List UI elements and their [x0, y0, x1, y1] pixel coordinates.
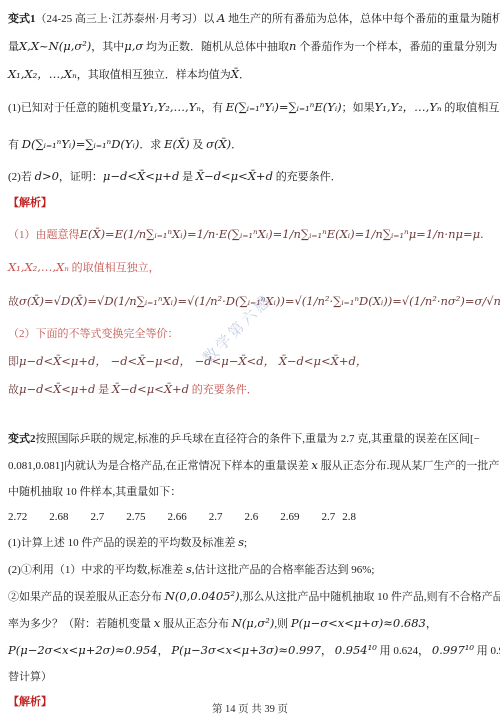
variant1-solution-sigma-formula: 故σ(X̄)=√D(X̄)=√D(1/n∑ᵢ₌₁ⁿXᵢ)=√(1/n²·D(∑ᵢ… — [8, 282, 492, 321]
text-segment: 用 0.9704 分别代 — [474, 645, 500, 657]
variant2-question-3-line-3: P(μ−2σ<x<μ+2σ)≈0.954， P(μ−3σ<x<μ+3σ)≈0.9… — [8, 637, 492, 664]
weight-value: 2.7 — [91, 511, 105, 523]
text-segment: （24-25 高三上·江苏泰州·月考习）以 — [36, 13, 218, 25]
text-segment: (1)已知对于任意的随机变量 — [8, 102, 142, 114]
red-note-segment: 的取值相互独立， — [69, 262, 160, 274]
text-segment: 中随机抽取 10 件样本,其重量如下： — [8, 486, 181, 498]
red-note-segment: （1）由题意得 — [8, 229, 80, 241]
text-segment: ；如果 — [342, 102, 375, 114]
text-segment: 及 — [190, 139, 207, 151]
solution-text-segment: 即 — [8, 356, 19, 368]
math-segment: 0.954¹⁰ — [335, 643, 377, 657]
text-segment: 0.081,0.081]内就认为是合格产品,在正常情况下样本的重量误差 — [8, 460, 311, 472]
document-page: 变式1（24-25 高三上·江苏泰州·月考习）以 A 地生产的所有番茄为总体，总… — [0, 0, 500, 723]
math-segment: Y₁,Y₂，…,Yₙ — [375, 100, 442, 114]
math-segment: N(μ,σ²) — [232, 616, 275, 630]
math-segment: X̄ — [231, 67, 239, 81]
math-segment: μ,σ — [124, 39, 143, 53]
text-segment: ,那么从这批产品中随机抽取 10 件产品,则有不合格产品的概 — [240, 591, 500, 603]
text-segment: 率为多少？（附：若随机变量 — [8, 618, 154, 630]
variant2-section: 变式2按照国际乒联的规定,标准的乒乓球在直径符合的条件下,重量为 2.7 克,其… — [8, 426, 492, 714]
text-segment: 个番茄作为一个样本，番茄的重量分别为 — [296, 41, 497, 53]
text-segment: 是 — [179, 171, 196, 183]
weight-value: 2.8 — [342, 511, 356, 523]
weight-value: 2.75 — [126, 511, 145, 523]
text-segment: ②如果产品的误差服从正态分布 — [8, 591, 165, 603]
solution-math-segment: E(X̄)=E(1/n∑ᵢ₌₁ⁿXᵢ)=1/n·E(∑ᵢ₌₁ⁿXᵢ)=1/n∑ᵢ… — [80, 227, 484, 241]
math-segment: E(X̄) — [164, 137, 190, 151]
solution-math-segment: X̄−d<μ<X̄+d — [112, 382, 189, 396]
variant2-question-3-line-2: 率为多少？（附：若随机变量 x 服从正态分布 N(μ,σ²),则 P(μ−σ<x… — [8, 610, 492, 637]
variant1-solution-equivalences: 即μ−d<X̄<μ+d， −d<X̄−μ<d， −d<μ−X̄<d， X̄−d<… — [8, 348, 492, 376]
weight-value: 2.66 — [168, 511, 187, 523]
text-segment: 有 — [8, 139, 22, 151]
sample-weights-row: 2.722.682.72.752.662.72.62.692.72.8 — [8, 505, 492, 529]
text-segment: ， — [426, 618, 437, 630]
text-segment: ，有 — [201, 102, 226, 114]
solution-text-segment: 是 — [95, 384, 112, 396]
variant2-statement-line-3: 中随机抽取 10 件样本,其重量如下： — [8, 479, 492, 505]
text-segment: 按照国际乒联的规定,标准的乒乓球在直径符合的条件下,重量为 2.7 克,其重量的… — [36, 433, 480, 445]
text-segment: ，其中 — [91, 41, 124, 53]
text-segment: (2)若 — [8, 171, 35, 183]
text-segment: ． — [231, 139, 242, 151]
variant2-question-3-line-4: 替计算） — [8, 664, 492, 690]
weight-value: 2.72 — [8, 511, 27, 523]
math-segment: X̄−d<μ<X̄+d — [196, 169, 273, 183]
math-segment: μ−d<X̄<μ+d — [103, 169, 179, 183]
solution-text-segment: 故 — [8, 296, 19, 308]
solution-math-segment: μ−d<X̄<μ+d — [19, 382, 95, 396]
math-segment: P(μ−σ<x<μ+σ)≈0.683 — [291, 616, 426, 630]
math-segment: E(∑ᵢ₌₁ⁿYᵢ)=∑ᵢ₌₁ⁿE(Yᵢ) — [226, 100, 342, 114]
text-segment: 均为正数．随机从总体中抽取 — [143, 41, 289, 53]
variant1-statement-line-3: X₁,X₂，…,Xₙ，其取值相互独立．样本均值为X̄． — [8, 61, 492, 89]
variant2-question-3-line-1: ②如果产品的误差服从正态分布 N(0,0.0405²),那么从这批产品中随机抽取… — [8, 583, 492, 610]
math-segment: D(∑ᵢ₌₁ⁿYᵢ)=∑ᵢ₌₁ⁿD(Yᵢ) — [22, 137, 140, 151]
text-segment: 的充要条件． — [273, 171, 342, 183]
variant1-statement-line-1: 变式1（24-25 高三上·江苏泰州·月考习）以 A 地生产的所有番茄为总体，总… — [8, 5, 492, 33]
text-segment: ．求 — [139, 139, 164, 151]
variant1-statement-line-2: 量X,X~N(μ,σ²)，其中μ,σ 均为正数．随机从总体中抽取n 个番茄作为一… — [8, 33, 492, 61]
analysis-label: 【解析】 — [8, 197, 52, 209]
text-segment: 服从正态分布.现从某厂生产的一批产品 — [318, 460, 500, 472]
text-segment: 量 — [8, 41, 19, 53]
variant2-question-2: (2)①利用（1）中求的平均数,标准差 s,估计这批产品的合格率能否达到 96%… — [8, 556, 492, 583]
weight-value: 2.7 — [322, 511, 336, 523]
text-segment: ,估计这批产品的合格率能否达到 96%; — [192, 564, 375, 576]
text-segment: ． — [239, 69, 250, 81]
math-segment: X₁,X₂，…,Xₙ — [8, 67, 77, 81]
variant1-solution-independence-note: X₁,X₂,…,Xₙ 的取值相互独立， — [8, 254, 492, 282]
page-number-footer: 第 14 页 共 39 页 — [0, 703, 500, 717]
variant1-solution-step2-heading: （2）下面的不等式变换完全等价： — [8, 321, 492, 348]
variant2-statement-line-2: 0.081,0.081]内就认为是合格产品,在正常情况下样本的重量误差 x 服从… — [8, 452, 492, 479]
variant1-label: 变式1 — [8, 13, 36, 25]
text-segment: ， — [158, 645, 172, 657]
text-segment: ，证明： — [59, 171, 103, 183]
text-segment: ,则 — [274, 618, 291, 630]
text-segment: 地生产的所有番茄为总体，总体中每个番茄的重量为随机变 — [225, 13, 500, 25]
variant1-part1-line-2: 有 D(∑ᵢ₌₁ⁿYᵢ)=∑ᵢ₌₁ⁿD(Yᵢ)．求 E(X̄) 及 σ(X̄)． — [8, 126, 492, 163]
weight-value: 2.7 — [209, 511, 223, 523]
text-segment: (1)计算上述 10 件产品的误差的平均数及标准差 — [8, 537, 238, 549]
math-segment: Y₁,Y₂,…,Yₙ — [142, 100, 201, 114]
text-segment: ， — [321, 645, 335, 657]
math-segment: N(0,0.0405²) — [165, 589, 240, 603]
variant1-solution-conclusion: 故μ−d<X̄<μ+d 是 X̄−d<μ<X̄+d 的充要条件． — [8, 376, 492, 404]
weight-value: 2.6 — [245, 511, 259, 523]
variant1-part2-line: (2)若 d>0，证明：μ−d<X̄<μ+d 是 X̄−d<μ<X̄+d 的充要… — [8, 163, 492, 191]
text-segment: 替计算） — [8, 671, 52, 683]
math-segment: σ(X̄) — [206, 137, 231, 151]
variant1-solution-step1: （1）由题意得E(X̄)=E(1/n∑ᵢ₌₁ⁿXᵢ)=1/n·E(∑ᵢ₌₁ⁿXᵢ… — [8, 215, 492, 254]
solution-text-segment: 故 — [8, 384, 19, 396]
math-segment: X,X~N(μ,σ²) — [19, 39, 91, 53]
variant2-label: 变式2 — [8, 433, 36, 445]
math-segment: P(μ−3σ<x<μ+3σ)≈0.997 — [171, 643, 321, 657]
math-segment: d>0 — [35, 169, 59, 183]
solution-math-segment: σ(X̄)=√D(X̄)=√D(1/n∑ᵢ₌₁ⁿXᵢ)=√(1/n²·D(∑ᵢ₌… — [19, 294, 500, 308]
variant2-question-1: (1)计算上述 10 件产品的误差的平均数及标准差 s; — [8, 529, 492, 556]
text-segment: 的取值相互独立，则又 — [442, 102, 500, 114]
red-note-segment: （2）下面的不等式变换完全等价： — [8, 328, 179, 340]
variant2-statement-line-1: 变式2按照国际乒联的规定,标准的乒乓球在直径符合的条件下,重量为 2.7 克,其… — [8, 426, 492, 452]
text-segment: 服从正态分布 — [160, 618, 232, 630]
red-note-segment: 的充要条件． — [189, 384, 258, 396]
variant1-analysis-header: 【解析】 — [8, 191, 492, 215]
math-segment: 0.997¹⁰ — [432, 643, 474, 657]
red-math-segment: X₁,X₂,…,Xₙ — [8, 260, 69, 274]
text-segment: 用 0.624， — [377, 645, 432, 657]
variant1-part1-line-1: (1)已知对于任意的随机变量Y₁,Y₂,…,Yₙ，有 E(∑ᵢ₌₁ⁿYᵢ)=∑ᵢ… — [8, 89, 492, 126]
math-segment: P(μ−2σ<x<μ+2σ)≈0.954 — [8, 643, 158, 657]
solution-math-segment: μ−d<X̄<μ+d， −d<X̄−μ<d， −d<μ−X̄<d， X̄−d<μ… — [19, 354, 367, 368]
text-segment: ; — [244, 537, 247, 549]
weight-value: 2.69 — [280, 511, 299, 523]
text-segment: (2)①利用（1）中求的平均数,标准差 — [8, 564, 186, 576]
text-segment: ，其取值相互独立．样本均值为 — [77, 69, 231, 81]
weight-value: 2.68 — [49, 511, 68, 523]
